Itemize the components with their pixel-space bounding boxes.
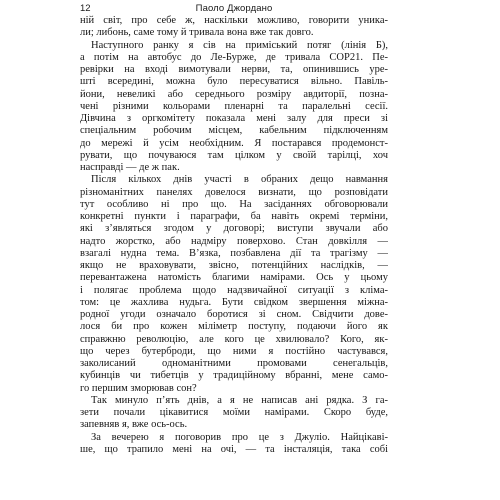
text-line: різноманітних панелях довелося визнати, … xyxy=(80,187,388,199)
text-line: що через бутерброди, що ними я постійно … xyxy=(80,346,388,358)
text-line: го першим зморював сон? xyxy=(80,383,388,395)
text-line: заколисаний одноманітними промовами сене… xyxy=(80,358,388,370)
running-header: Паоло Джордано xyxy=(80,3,388,14)
text-line: запевняв я, вже ось-ось. xyxy=(80,419,388,431)
book-page: 12 Паоло Джордано ній світ, про себе ж, … xyxy=(0,0,500,500)
text-line: том: це жахлива нудьга. Бути свідком зве… xyxy=(80,297,388,309)
text-line: Наступного ранку я сів на приміський пот… xyxy=(80,40,388,52)
text-line: ревірки на вході вимотували нерви, та, о… xyxy=(80,64,388,76)
text-line: кубинців чи тибетців у традиційному вбра… xyxy=(80,370,388,382)
text-line: зети почали цікавитися моїми намірами. С… xyxy=(80,407,388,419)
text-line: ли; либонь, саме тому й тривала вона вже… xyxy=(80,27,388,39)
text-line: Після кількох днів участі в обраних дещо… xyxy=(80,174,388,186)
text-line: лося би про кожен міліметр поступу, пода… xyxy=(80,321,388,333)
text-line: чені різними кольорами пленарні та парал… xyxy=(80,101,388,113)
text-line: Так минуло п’ять днів, а я не написав ан… xyxy=(80,395,388,407)
text-line: конкретні пункти і параграфи, ба навіть … xyxy=(80,211,388,223)
text-line: За вечерею я поговорив про це з Джуліо. … xyxy=(80,432,388,444)
text-line: а потім на автобус до Ле-Бурже, де трива… xyxy=(80,52,388,64)
text-line: взагалі нудна тема. В’язка, позбавлена д… xyxy=(80,248,388,260)
text-line: і полягає проблема щодо надзвичайної сит… xyxy=(80,285,388,297)
text-line: шті всередині, можна було пересуватися в… xyxy=(80,76,388,88)
text-line: перевантажена натомість благими намірами… xyxy=(80,272,388,284)
text-line: справжню революцію, але кого це хвилювал… xyxy=(80,334,388,346)
text-line: тут особливо ні про що. На засіданнях об… xyxy=(80,199,388,211)
page-header: 12 Паоло Джордано xyxy=(80,3,388,15)
text-line: ше, що трапило мені на очі, — та інсталя… xyxy=(80,444,388,456)
page-text: ній світ, про себе ж, наскільки можливо,… xyxy=(80,15,388,456)
text-line: родної угоди означало боротися зі сном. … xyxy=(80,309,388,321)
text-line: якщо не враховувати, звісно, потенційних… xyxy=(80,260,388,272)
page-number: 12 xyxy=(80,3,91,14)
text-line: до мережі й усім необхідним. Я постаравс… xyxy=(80,138,388,150)
text-line: які з’являться згодом у договорі; виступ… xyxy=(80,223,388,235)
text-line: ній світ, про себе ж, наскільки можливо,… xyxy=(80,15,388,27)
text-line: насправді — де ж пак. xyxy=(80,162,388,174)
text-line: надто жорстко, або надміру поверхово. Ст… xyxy=(80,236,388,248)
text-line: рувати, що почуваюся там цілком у своїй … xyxy=(80,150,388,162)
text-line: Дівчина з оргкомітету показала мені залу… xyxy=(80,113,388,125)
text-line: спеціальним робочим місцем, кабельним пі… xyxy=(80,125,388,137)
text-line: йони, невеликі або середнього розміру ав… xyxy=(80,89,388,101)
